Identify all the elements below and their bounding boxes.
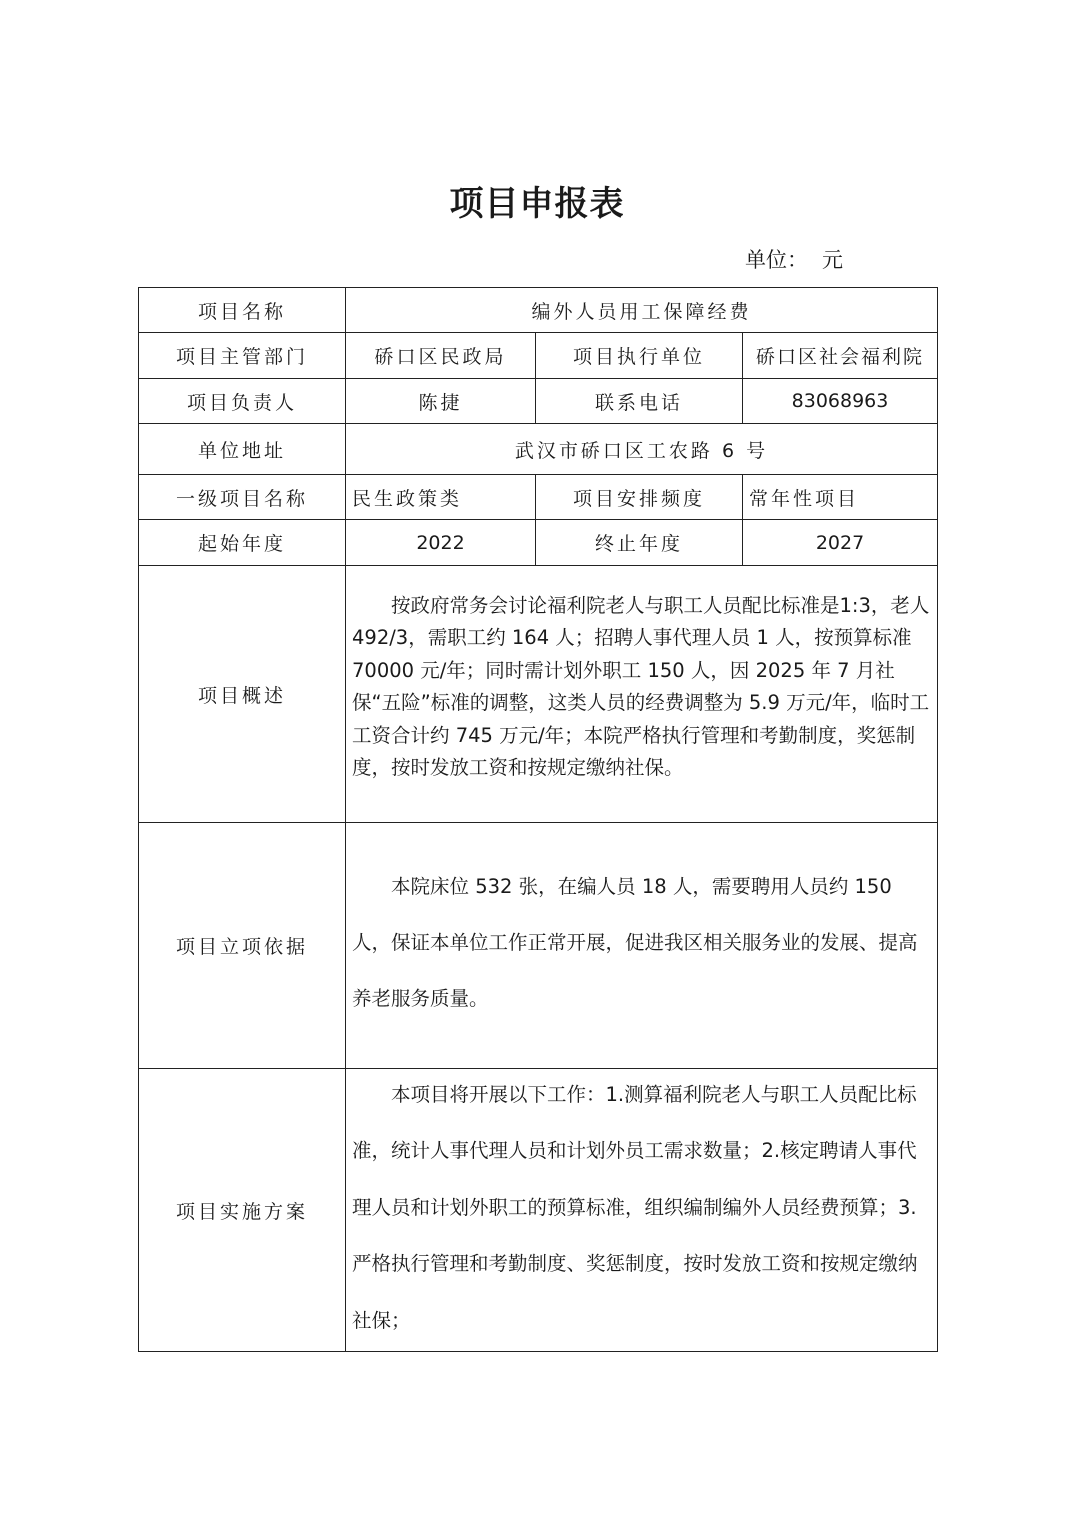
basis-label: 项目立项依据	[139, 823, 346, 1069]
overview-text: 按政府常务会讨论福利院老人与职工人员配比标准是1:3，老人 492/3，需职工约…	[352, 574, 933, 815]
phone-label: 联系电话	[536, 379, 743, 424]
basis-text: 本院床位 532 张，在编人员 18 人，需要聘用人员约 150 人，保证本单位…	[352, 859, 933, 1033]
row-address: 单位地址 武汉市硚口区工农路 6 号	[139, 424, 938, 475]
phone-value: 83068963	[743, 379, 938, 424]
row-leader: 项目负责人 陈捷 联系电话 83068963	[139, 379, 938, 424]
frequency-value: 常年性项目	[743, 475, 938, 520]
plan-label: 项目实施方案	[139, 1069, 346, 1352]
leader-value: 陈捷	[346, 379, 536, 424]
unit-value: 元	[822, 248, 843, 272]
project-name-label: 项目名称	[139, 288, 346, 333]
project-application-table: 项目名称 编外人员用工保障经费 项目主管部门 硚口区民政局 项目执行单位 硚口区…	[138, 287, 938, 1352]
end-year-value: 2027	[743, 520, 938, 566]
address-value: 武汉市硚口区工农路 6 号	[346, 424, 938, 475]
leader-label: 项目负责人	[139, 379, 346, 424]
row-department: 项目主管部门 硚口区民政局 项目执行单位 硚口区社会福利院	[139, 333, 938, 379]
row-project-name: 项目名称 编外人员用工保障经费	[139, 288, 938, 333]
end-year-label: 终止年度	[536, 520, 743, 566]
plan-text: 本项目将开展以下工作：1.测算福利院老人与职工人员配比标准，统计人事代理人员和计…	[352, 1069, 933, 1350]
unit-line: 单位：元	[745, 244, 843, 274]
executor-value: 硚口区社会福利院	[743, 333, 938, 379]
frequency-label: 项目安排频度	[536, 475, 743, 520]
executor-label: 项目执行单位	[536, 333, 743, 379]
overview-label: 项目概述	[139, 566, 346, 823]
overview-cell: 按政府常务会讨论福利院老人与职工人员配比标准是1:3，老人 492/3，需职工约…	[346, 566, 938, 823]
row-plan: 项目实施方案 本项目将开展以下工作：1.测算福利院老人与职工人员配比标准，统计人…	[139, 1069, 938, 1352]
department-value: 硚口区民政局	[346, 333, 536, 379]
row-level1: 一级项目名称 民生政策类 项目安排频度 常年性项目	[139, 475, 938, 520]
plan-cell: 本项目将开展以下工作：1.测算福利院老人与职工人员配比标准，统计人事代理人员和计…	[346, 1069, 938, 1352]
row-basis: 项目立项依据 本院床位 532 张，在编人员 18 人，需要聘用人员约 150 …	[139, 823, 938, 1069]
page-title: 项目申报表	[0, 176, 1074, 225]
project-name-value: 编外人员用工保障经费	[346, 288, 938, 333]
level1-name-value: 民生政策类	[346, 475, 536, 520]
row-years: 起始年度 2022 终止年度 2027	[139, 520, 938, 566]
address-label: 单位地址	[139, 424, 346, 475]
start-year-value: 2022	[346, 520, 536, 566]
level1-name-label: 一级项目名称	[139, 475, 346, 520]
start-year-label: 起始年度	[139, 520, 346, 566]
basis-cell: 本院床位 532 张，在编人员 18 人，需要聘用人员约 150 人，保证本单位…	[346, 823, 938, 1069]
department-label: 项目主管部门	[139, 333, 346, 379]
unit-label: 单位：	[745, 248, 808, 272]
row-overview: 项目概述 按政府常务会讨论福利院老人与职工人员配比标准是1:3，老人 492/3…	[139, 566, 938, 823]
